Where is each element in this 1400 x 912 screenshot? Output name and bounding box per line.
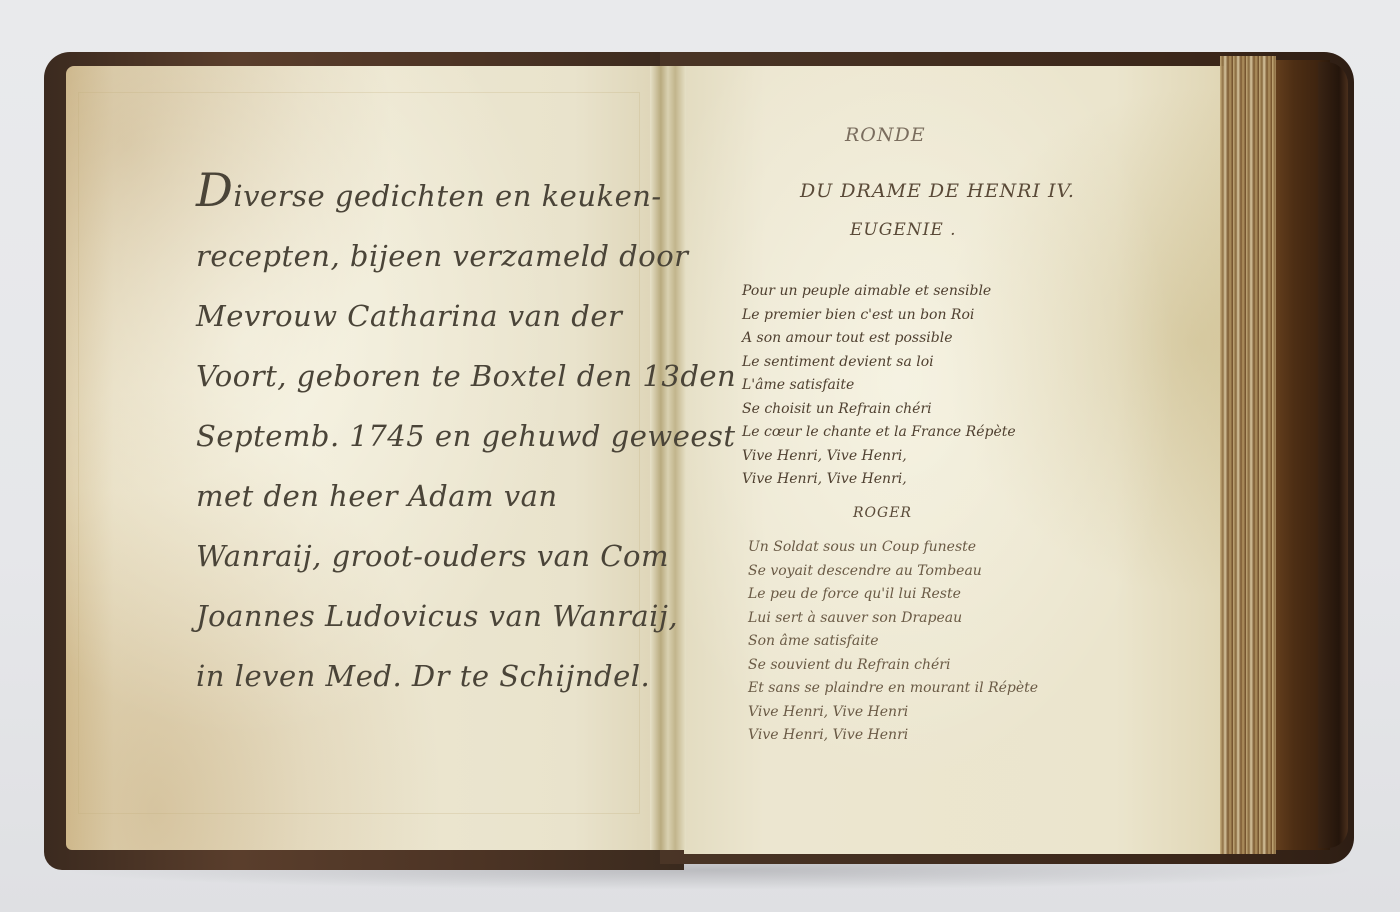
inscription-line: Septemb. 1745 en gehuwd geweest	[196, 406, 656, 466]
left-page-inscription: Diverse gedichten en keuken- recepten, b…	[196, 160, 656, 706]
verse-line: Lui sert à sauver son Drapeau	[748, 607, 1038, 631]
verse-line: A son amour tout est possible	[742, 327, 1016, 351]
verse-line: Se souvient du Refrain chéri	[748, 654, 1038, 678]
inscription-line: Voort, geboren te Boxtel den 13den	[196, 346, 656, 406]
verse-line: Vive Henri, Vive Henri,	[742, 468, 1016, 492]
inscription-line: recepten, bijeen verzameld door	[196, 226, 656, 286]
verse-line: Se voyait descendre au Tombeau	[748, 560, 1038, 584]
verse-line: Se choisit un Refrain chéri	[742, 398, 1016, 422]
inscription-line: Diverse gedichten en keuken-	[196, 160, 656, 226]
verse-line: Le cœur le chante et la France Répète	[742, 421, 1016, 445]
verse-2-heading: ROGER	[853, 505, 912, 521]
book-page-edges	[1220, 56, 1276, 854]
inscription-line: Joannes Ludovicus van Wanraij,	[196, 586, 656, 646]
verse-line: Un Soldat sous un Coup funeste	[748, 536, 1038, 560]
verse-line: Et sans se plaindre en mourant il Répète	[748, 677, 1038, 701]
verse-line: Vive Henri, Vive Henri	[748, 724, 1038, 748]
inscription-line: Wanraij, groot-ouders van Com	[196, 526, 656, 586]
inscription-line: in leven Med. Dr te Schijndel.	[196, 646, 656, 706]
verse-1-heading: EUGENIE .	[850, 220, 957, 240]
inscription-line: Mevrouw Catharina van der	[196, 286, 656, 346]
verse-1: Pour un peuple aimable et sensible Le pr…	[742, 280, 1016, 492]
verse-line: Vive Henri, Vive Henri,	[742, 445, 1016, 469]
verse-line: Le premier bien c'est un bon Roi	[742, 304, 1016, 328]
book-cover-edge	[1318, 62, 1348, 848]
verse-line: Pour un peuple aimable et sensible	[742, 280, 1016, 304]
verse-2: Un Soldat sous un Coup funeste Se voyait…	[748, 536, 1038, 748]
verse-line: Le peu de force qu'il lui Reste	[748, 583, 1038, 607]
verse-line: Vive Henri, Vive Henri	[748, 701, 1038, 725]
verse-line: L'âme satisfaite	[742, 374, 1016, 398]
song-subtitle: DU DRAME DE HENRI IV.	[800, 180, 1075, 202]
song-title: RONDE	[845, 124, 926, 146]
verse-line: Son âme satisfaite	[748, 630, 1038, 654]
verse-line: Le sentiment devient sa loi	[742, 351, 1016, 375]
inscription-line: met den heer Adam van	[196, 466, 656, 526]
